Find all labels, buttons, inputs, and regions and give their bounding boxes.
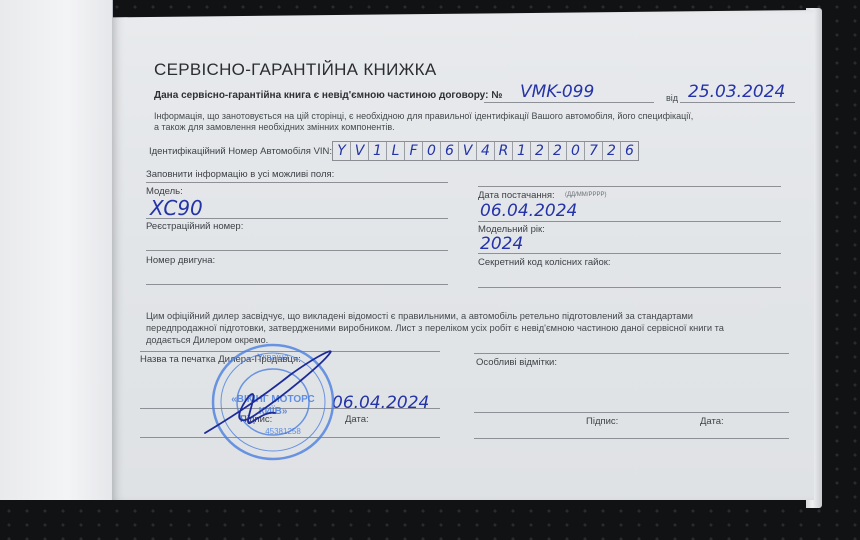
- notes-date-label: Дата:: [700, 416, 724, 427]
- vin-char: Y: [333, 142, 351, 160]
- model-line: [146, 218, 448, 219]
- dealer-statement-line1: Цим офіційний дилер засвідчує, що виклад…: [146, 311, 693, 321]
- vin-char: 6: [441, 142, 459, 160]
- vin-char: 1: [369, 142, 387, 160]
- contract-date-line: [680, 102, 795, 103]
- document-title: СЕРВІСНО-ГАРАНТІЙНА КНИЖКА: [154, 60, 436, 80]
- vin-char: R: [495, 142, 513, 160]
- vin-char: 2: [603, 142, 621, 160]
- vin-label: Ідентифікаційний Номер Автомобіля VIN:: [149, 146, 332, 157]
- vin-char: 2: [549, 142, 567, 160]
- wheel-nut-code-label: Секретний код колісних гайок:: [478, 257, 611, 268]
- vin-char: 0: [567, 142, 585, 160]
- wheel-nut-code-line: [478, 287, 781, 288]
- reg-number-line: [146, 250, 448, 251]
- vin-char: L: [387, 142, 405, 160]
- contract-number-line: [484, 102, 654, 103]
- engine-number-label: Номер двигуна:: [146, 255, 215, 266]
- vin-char: 7: [585, 142, 603, 160]
- delivery-date-format: (ДД/ММ/РРРР): [565, 192, 606, 198]
- dealer-signature-icon: [195, 345, 385, 445]
- delivery-date-label: Дата постачання:: [478, 190, 555, 201]
- engine-number-line: [146, 284, 448, 285]
- model-value: XC90: [150, 196, 203, 220]
- model-year-line: [478, 253, 781, 254]
- vin-char: 0: [423, 142, 441, 160]
- fill-all-label: Заповнити інформацію в усі можливі поля:: [146, 169, 334, 180]
- delivery-date-value: 06.04.2024: [480, 201, 577, 221]
- vin-char: 2: [531, 142, 549, 160]
- info-text-line1: Інформація, що занотовується на цій стор…: [154, 111, 693, 121]
- vin-char: V: [459, 142, 477, 160]
- divider: [478, 186, 781, 187]
- notes-label: Особливі відмітки:: [476, 357, 557, 368]
- delivery-date-line: [478, 221, 781, 222]
- info-text-line2: а також для замовлення необхідних змінни…: [154, 122, 395, 132]
- reg-number-label: Реєстраційний номер:: [146, 221, 243, 232]
- date-from-label: від: [666, 93, 678, 103]
- vin-char: 1: [513, 142, 531, 160]
- vin-char: V: [351, 142, 369, 160]
- contract-date-value: 25.03.2024: [688, 82, 785, 102]
- notes-signature-label: Підпис:: [586, 416, 618, 427]
- divider: [474, 353, 789, 354]
- model-year-value: 2024: [480, 234, 523, 254]
- notes-line: [474, 412, 789, 413]
- dealer-statement-line2: передпродажної підготовки, затвердженими…: [146, 323, 724, 333]
- contract-label: Дана сервісно-гарантійна книга є невід'є…: [154, 90, 502, 101]
- left-blank-page: [0, 0, 113, 500]
- contract-number-value: VMK-099: [520, 82, 594, 102]
- vin-char: 6: [621, 142, 638, 160]
- vin-char: 4: [477, 142, 495, 160]
- vin-char: F: [405, 142, 423, 160]
- vin-grid: YV1LF06V4R1220726: [332, 141, 639, 161]
- divider: [146, 182, 448, 183]
- notes-signature-line: [474, 438, 789, 439]
